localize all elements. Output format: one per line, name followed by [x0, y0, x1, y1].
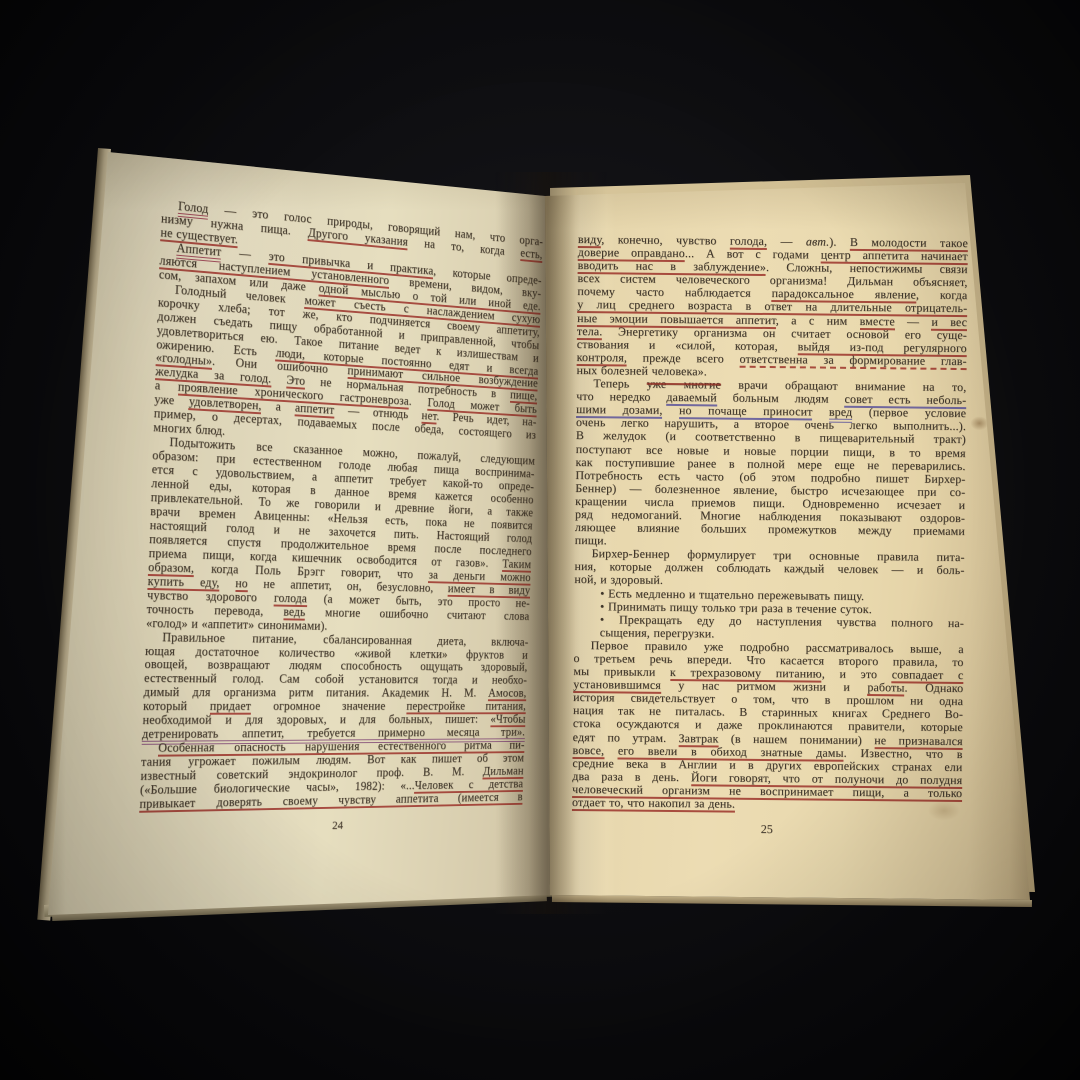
text-segment	[604, 743, 618, 757]
underlined-phrase: отдает то, что накопил за день.	[572, 795, 735, 813]
text-segment: естественный голод. Сам собой установитс…	[144, 671, 527, 686]
text-segment	[271, 372, 287, 387]
left-page-text-column: Голод — это голос природы, говорящий нам…	[138, 198, 543, 838]
text-segment: огромное значение	[251, 699, 407, 713]
underlined-phrase: авт.	[806, 234, 830, 248]
photo-backdrop: { "appearance": { "background_color": "#…	[0, 0, 1080, 1080]
text-segment: димый для организма ритм питания. Академ…	[143, 685, 488, 699]
text-segment	[219, 576, 235, 590]
open-book: Голод — это голос природы, говорящий нам…	[0, 0, 1080, 1080]
text-segment: ).	[829, 235, 850, 249]
underlined-phrase: есть,	[520, 246, 543, 263]
underlined-phrase: ответственна за формирование глав-	[739, 352, 966, 370]
book-page-left: Голод — это голос природы, говорящий нам…	[40, 140, 555, 925]
page-number: 25	[572, 820, 962, 839]
right-page-text-column: виду, конечно, чувство голода, — авт.). …	[572, 233, 968, 839]
page-number: 24	[138, 814, 522, 838]
text-segment	[662, 403, 679, 417]
text-segment: .	[409, 395, 428, 409]
book-page-right: виду, конечно, чувство голода, — авт.). …	[540, 170, 1045, 915]
text-segment	[812, 405, 829, 419]
text-segment: который	[143, 699, 210, 713]
text-segment: пищи.	[575, 533, 607, 547]
text-segment: а	[155, 378, 179, 393]
